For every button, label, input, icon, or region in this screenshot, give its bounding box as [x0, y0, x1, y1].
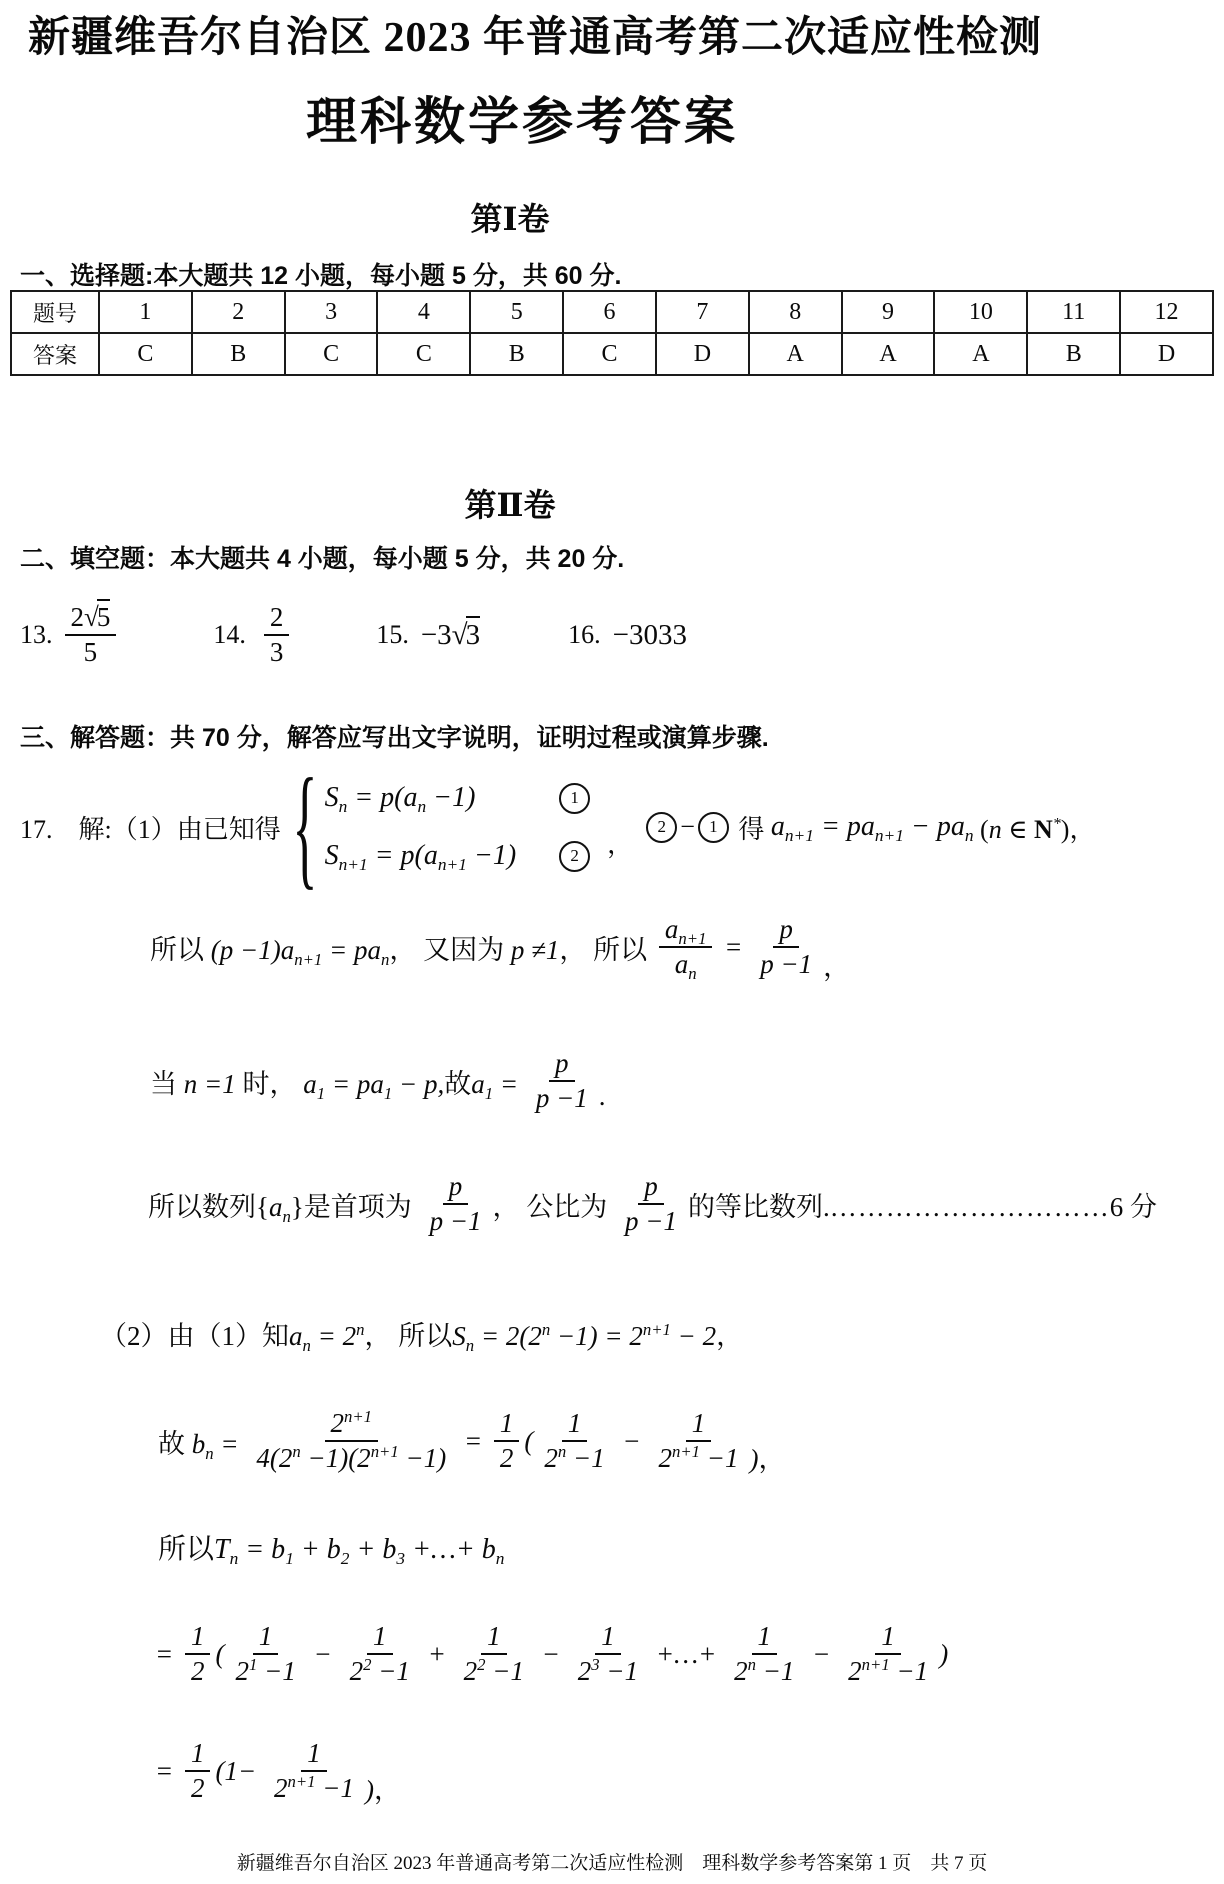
- case-equation-1: Sn = p(an −1): [325, 782, 517, 814]
- circled-1-icon: 1: [559, 783, 590, 814]
- part2-heading: 第Ⅱ卷: [0, 480, 1020, 526]
- question-number-cell: 6: [563, 291, 656, 333]
- answer-cell: A: [934, 333, 1027, 375]
- unit-fraction: 12n −1: [538, 1407, 610, 1475]
- fraction-numerator: 1: [686, 1407, 712, 1442]
- unit-fraction: 12n+1 −1: [268, 1737, 360, 1805]
- case-equation-2: Sn+1 = p(an+1 −1): [325, 840, 517, 872]
- answer-cell: C: [99, 333, 192, 375]
- comma-separator: ，: [823, 945, 850, 984]
- fraction-numerator: p: [443, 1170, 469, 1205]
- fraction-numerator: 2: [264, 601, 290, 636]
- part2-derivation: （2）由（1）知an = 2n， 所以Sn = 2(2n −1) = 2n+1 …: [100, 1314, 743, 1353]
- fraction-denominator: p −1: [754, 948, 818, 981]
- fraction-numerator: 1: [494, 1407, 520, 1442]
- fraction-numerator: an+1: [659, 913, 713, 948]
- answer-cell: A: [842, 333, 935, 375]
- question-number-cell: 9: [842, 291, 935, 333]
- one-half-fraction: 12: [185, 1620, 211, 1688]
- fraction-denominator: 3: [264, 636, 290, 669]
- unit-fraction: 12n+1 −1: [653, 1407, 745, 1475]
- minus-sign: −: [616, 1426, 648, 1457]
- close-paren-comma: )，: [750, 1437, 786, 1476]
- fraction-denominator: 2n+1 −1: [842, 1655, 934, 1688]
- q14-answer-fraction: 23: [264, 601, 290, 669]
- answer-cell: B: [1027, 333, 1120, 375]
- plus-sign: +: [421, 1639, 453, 1670]
- q14-label: 14.: [213, 620, 246, 650]
- answer-table: 题号 1 2 3 4 5 6 7 8 9 10 11 12 答案 C B C C…: [10, 290, 1214, 376]
- first-term-fraction: pp −1: [424, 1170, 488, 1238]
- q17-line-1: 17. 解:（1）由已知得 { Sn = p(an −1) 1 Sn+1 = p…: [20, 760, 1095, 894]
- question-number-cell: 2: [192, 291, 285, 333]
- fraction-numerator: 2√5: [65, 601, 117, 636]
- fraction-numerator: 1: [562, 1407, 588, 1442]
- circled-1-icon: 1: [698, 812, 729, 843]
- ellipsis-plus: +…+: [649, 1639, 723, 1670]
- cases-brace: {: [292, 759, 317, 895]
- answer-cell: C: [285, 333, 378, 375]
- equals-sign: =: [457, 1426, 489, 1457]
- fraction-denominator: 4(2n −1)(2n+1 −1): [250, 1442, 452, 1475]
- q16-answer: −3033: [613, 619, 687, 652]
- answer-row: 答案 C B C C B C D A A A B D: [11, 333, 1213, 375]
- fraction-denominator: 22 −1: [458, 1655, 530, 1688]
- fraction-denominator: 2: [185, 1772, 211, 1805]
- common-ratio-fraction: pp −1: [619, 1170, 683, 1238]
- question-number-cell: 12: [1120, 291, 1213, 333]
- one-half-fraction: 12: [185, 1737, 211, 1805]
- fraction-numerator: 1: [185, 1620, 211, 1655]
- p-over-p-minus-1-fraction: pp −1: [754, 913, 818, 981]
- tn-sum-expression: 所以Tn = b1 + b2 + b3 +…+ bn: [158, 1527, 504, 1567]
- fraction-denominator: an: [669, 948, 703, 981]
- unit-fraction: 123 −1: [572, 1620, 644, 1688]
- question-row-label: 题号: [11, 291, 99, 333]
- question-number-cell: 11: [1027, 291, 1120, 333]
- q13-label: 13.: [20, 620, 53, 650]
- fraction-numerator: 1: [481, 1620, 507, 1655]
- q17-line-2: 所以 (p −1)an+1 = pan， 又因为 p ≠1， 所以 an+1an…: [150, 901, 850, 993]
- circled-2-icon: 2: [559, 841, 590, 872]
- answer-cell: C: [377, 333, 470, 375]
- answer-cell: C: [563, 333, 656, 375]
- fraction-denominator: p −1: [530, 1082, 594, 1115]
- answer-cell: D: [656, 333, 749, 375]
- q17-prefix: 17. 解:（1）由已知得: [20, 809, 281, 846]
- q17-line-6: 故 bn = 2n+14(2n −1)(2n+1 −1) = 12 ( 12n …: [158, 1392, 786, 1490]
- fraction-numerator: 1: [367, 1620, 393, 1655]
- fraction-numerator: p: [773, 913, 799, 948]
- fraction-denominator: 5: [78, 636, 104, 669]
- question-number-cell: 5: [470, 291, 563, 333]
- fraction-denominator: p −1: [424, 1205, 488, 1238]
- unit-fraction: 122 −1: [458, 1620, 530, 1688]
- cases-group: Sn = p(an −1) 1 Sn+1 = p(an+1 −1) 2: [325, 782, 594, 872]
- fraction-numerator: p: [549, 1047, 575, 1082]
- math-text: 故 bn =: [158, 1422, 245, 1461]
- question-number-cell: 3: [285, 291, 378, 333]
- equals-sign: =: [717, 932, 749, 963]
- q15-answer: −3√3: [421, 619, 480, 652]
- fraction-denominator: 2n+1 −1: [268, 1772, 360, 1805]
- q17-line-3: 当 n =1 时， a1 = pa1 − p,故a1 = pp −1 .: [150, 1036, 606, 1126]
- comma-separator: ，: [607, 824, 633, 861]
- q13-answer-fraction: 2√55: [65, 601, 117, 669]
- part1-heading: 第Ⅰ卷: [0, 194, 1020, 240]
- page-footer: 新疆维吾尔自治区 2023 年普通高考第二次适应性检测 理科数学参考答案第 1 …: [0, 1848, 1224, 1875]
- fraction-numerator: 1: [301, 1737, 327, 1772]
- q15-label: 15.: [376, 620, 409, 650]
- question-number-row: 题号 1 2 3 4 5 6 7 8 9 10 11 12: [11, 291, 1213, 333]
- fraction-numerator: 1: [875, 1620, 901, 1655]
- equals-sign: =: [155, 1639, 180, 1670]
- unit-fraction: 12n −1: [728, 1620, 800, 1688]
- math-text: 当 n =1 时， a1 = pa1 − p,故a1 =: [150, 1062, 525, 1101]
- blank-answers-row: 13. 2√55 14. 23 15. −3√3 16. −3033: [20, 586, 687, 684]
- answer-cell: B: [192, 333, 285, 375]
- doc-title: 新疆维吾尔自治区 2023 年普通高考第二次适应性检测: [28, 4, 1042, 64]
- open-paren: (: [215, 1639, 224, 1670]
- fraction-numerator: 1: [185, 1737, 211, 1772]
- math-text: ， 公比为: [493, 1185, 615, 1224]
- math-text: 所以数列{an}是首项为: [148, 1185, 419, 1224]
- p-over-p-minus-1-fraction: pp −1: [530, 1047, 594, 1115]
- equals-sign: =: [155, 1756, 180, 1787]
- fraction-denominator: 22 −1: [344, 1655, 416, 1688]
- period: .: [599, 1081, 606, 1112]
- q17-line-8: = 12 ( 121 −1 − 122 −1 + 122 −1 − 123 −1…: [155, 1604, 948, 1704]
- fraction-denominator: p −1: [619, 1205, 683, 1238]
- close-paren-comma: )，: [365, 1768, 401, 1807]
- doc-subtitle: 理科数学参考答案: [306, 80, 738, 154]
- open-paren-one-minus: (1−: [215, 1756, 262, 1787]
- minus-sign: −: [805, 1639, 837, 1670]
- answer-cell: D: [1120, 333, 1213, 375]
- de-connective: 得: [732, 809, 771, 846]
- bn-fraction: 2n+14(2n −1)(2n+1 −1): [250, 1407, 452, 1475]
- answer-cell: A: [749, 333, 842, 375]
- fraction-denominator: 21 −1: [229, 1655, 301, 1688]
- fraction-denominator: 2: [494, 1442, 520, 1475]
- math-text: 所以 (p −1)an+1 = pan， 又因为 p ≠1， 所以: [150, 928, 654, 967]
- conclusion-and-score: 的等比数列.…………………………6 分: [688, 1185, 1157, 1224]
- fraction-numerator: 2n+1: [325, 1407, 379, 1442]
- circled-2-icon: 2: [646, 812, 677, 843]
- unit-fraction: 122 −1: [344, 1620, 416, 1688]
- solve-section-title: 三、解答题：共 70 分，解答应写出文字说明，证明过程或演算步骤.: [20, 718, 769, 754]
- document-page: 新疆维吾尔自治区 2023 年普通高考第二次适应性检测 理科数学参考答案 第Ⅰ卷…: [0, 0, 1224, 1884]
- blank-section-title: 二、填空题：本大题共 4 小题，每小题 5 分，共 20 分.: [20, 539, 624, 575]
- unit-fraction: 12n+1 −1: [842, 1620, 934, 1688]
- question-number-cell: 7: [656, 291, 749, 333]
- q17-line-5: （2）由（1）知an = 2n， 所以Sn = 2(2n −1) = 2n+1 …: [100, 1310, 743, 1356]
- minus-sign: −: [535, 1639, 567, 1670]
- fraction-denominator: 2n+1 −1: [653, 1442, 745, 1475]
- answer-row-label: 答案: [11, 333, 99, 375]
- q17-derived-equation: an+1 = pan+1 − pan: [771, 811, 974, 843]
- unit-fraction: 121 −1: [229, 1620, 301, 1688]
- fraction-denominator: 23 −1: [572, 1655, 644, 1688]
- q17-line-7: 所以Tn = b1 + b2 + b3 +…+ bn: [158, 1524, 504, 1570]
- fraction-numerator: 1: [253, 1620, 279, 1655]
- question-number-cell: 8: [749, 291, 842, 333]
- n-condition: (n ∈ N*)，: [974, 809, 1096, 846]
- answer-cell: B: [470, 333, 563, 375]
- open-paren: (: [524, 1426, 533, 1457]
- close-paren: ): [939, 1639, 948, 1670]
- question-number-cell: 10: [934, 291, 1027, 333]
- one-half-fraction: 12: [494, 1407, 520, 1475]
- fraction-denominator: 2: [185, 1655, 211, 1688]
- q17-line-4: 所以数列{an}是首项为 pp −1 ， 公比为 pp −1 的等比数列.…………: [148, 1156, 1157, 1252]
- q16-label: 16.: [568, 620, 601, 650]
- fraction-denominator: 2n −1: [538, 1442, 610, 1475]
- ratio-fraction: an+1an: [659, 913, 713, 981]
- fraction-numerator: 1: [752, 1620, 778, 1655]
- question-number-cell: 1: [99, 291, 192, 333]
- q17-line-9: = 12 (1− 12n+1 −1 )，: [155, 1724, 401, 1818]
- fraction-numerator: 1: [595, 1620, 621, 1655]
- minus-sign: −: [307, 1639, 339, 1670]
- minus-sign: −: [680, 812, 695, 842]
- question-number-cell: 4: [377, 291, 470, 333]
- fraction-denominator: 2n −1: [728, 1655, 800, 1688]
- mc-section-title: 一、选择题:本大题共 12 小题，每小题 5 分，共 60 分.: [20, 256, 621, 292]
- fraction-numerator: p: [638, 1170, 664, 1205]
